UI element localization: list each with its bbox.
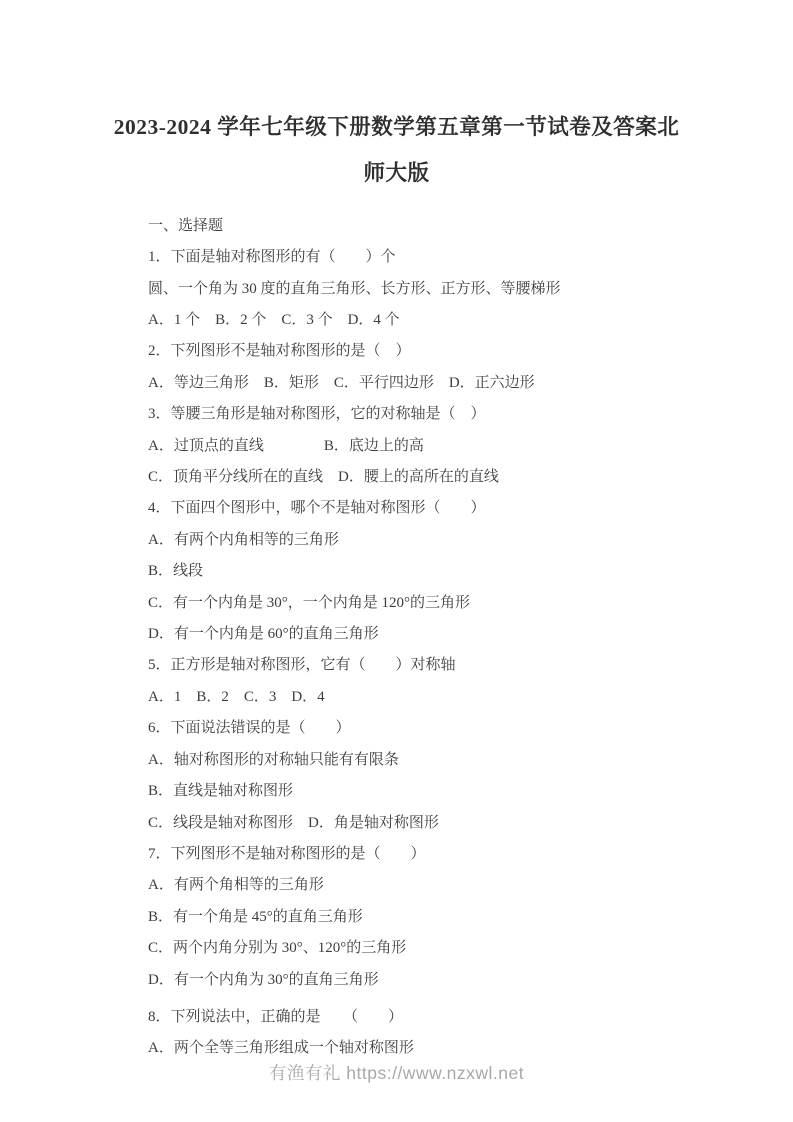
q7-option-c: C．两个内角分别为 30°、120°的三角形 bbox=[148, 933, 753, 964]
q7-stem: 7．下列图形不是轴对称图形的是（ ） bbox=[148, 839, 753, 870]
q1-shape-list: 圆、一个角为 30 度的直角三角形、长方形、正方形、等腰梯形 bbox=[148, 274, 753, 305]
q6-option-b: B．直线是轴对称图形 bbox=[148, 776, 753, 807]
q7-option-a: A．有两个角相等的三角形 bbox=[148, 870, 753, 901]
page-title: 2023-2024 学年七年级下册数学第五章第一节试卷及答案北 师大版 bbox=[0, 14, 793, 196]
q7-option-b: B．有一个角是 45°的直角三角形 bbox=[148, 902, 753, 933]
q4-option-c: C．有一个内角是 30°，一个内角是 120°的三角形 bbox=[148, 588, 753, 619]
q6-option-a: A．轴对称图形的对称轴只能有有限条 bbox=[148, 745, 753, 776]
q5-options: A．1 B．2 C．3 D．4 bbox=[148, 682, 753, 713]
footer-watermark: 有渔有礼 https://www.nzxwl.net bbox=[0, 1060, 793, 1085]
q4-option-a: A．有两个内角相等的三角形 bbox=[148, 525, 753, 556]
question-list: 一、选择题 1．下面是轴对称图形的有（ ）个 圆、一个角为 30 度的直角三角形… bbox=[148, 211, 753, 1065]
q5-stem: 5．正方形是轴对称图形，它有（ ）对称轴 bbox=[148, 650, 753, 681]
q3-stem: 3．等腰三角形是轴对称图形，它的对称轴是（ ） bbox=[148, 399, 753, 430]
q4-stem: 4．下面四个图形中，哪个不是轴对称图形（ ） bbox=[148, 493, 753, 524]
q2-stem: 2．下列图形不是轴对称图形的是（ ） bbox=[148, 336, 753, 367]
q4-option-d: D．有一个内角是 60°的直角三角形 bbox=[148, 619, 753, 650]
page-title-line-2: 师大版 bbox=[0, 150, 793, 196]
worksheet-page: 2023-2024 学年七年级下册数学第五章第一节试卷及答案北 师大版 一、选择… bbox=[0, 0, 793, 1122]
q3-options-cd: C．顶角平分线所在的直线 D．腰上的高所在的直线 bbox=[148, 462, 753, 493]
page-title-line-1: 2023-2024 学年七年级下册数学第五章第一节试卷及答案北 bbox=[0, 104, 793, 150]
q3-options-ab: A．过顶点的直线 B．底边上的高 bbox=[148, 431, 753, 462]
q2-options: A．等边三角形 B．矩形 C．平行四边形 D．正六边形 bbox=[148, 368, 753, 399]
q6-stem: 6．下面说法错误的是（ ） bbox=[148, 713, 753, 744]
q1-stem: 1．下面是轴对称图形的有（ ）个 bbox=[148, 242, 753, 273]
q4-option-b: B．线段 bbox=[148, 556, 753, 587]
q6-options-cd: C．线段是轴对称图形 D．角是轴对称图形 bbox=[148, 808, 753, 839]
q7-option-d: D．有一个内角为 30°的直角三角形 bbox=[148, 965, 753, 996]
section-heading: 一、选择题 bbox=[148, 211, 753, 242]
q1-options: A．1 个 B．2 个 C．3 个 D．4 个 bbox=[148, 305, 753, 336]
q8-stem: 8．下列说法中，正确的是 （ ） bbox=[148, 1002, 753, 1033]
